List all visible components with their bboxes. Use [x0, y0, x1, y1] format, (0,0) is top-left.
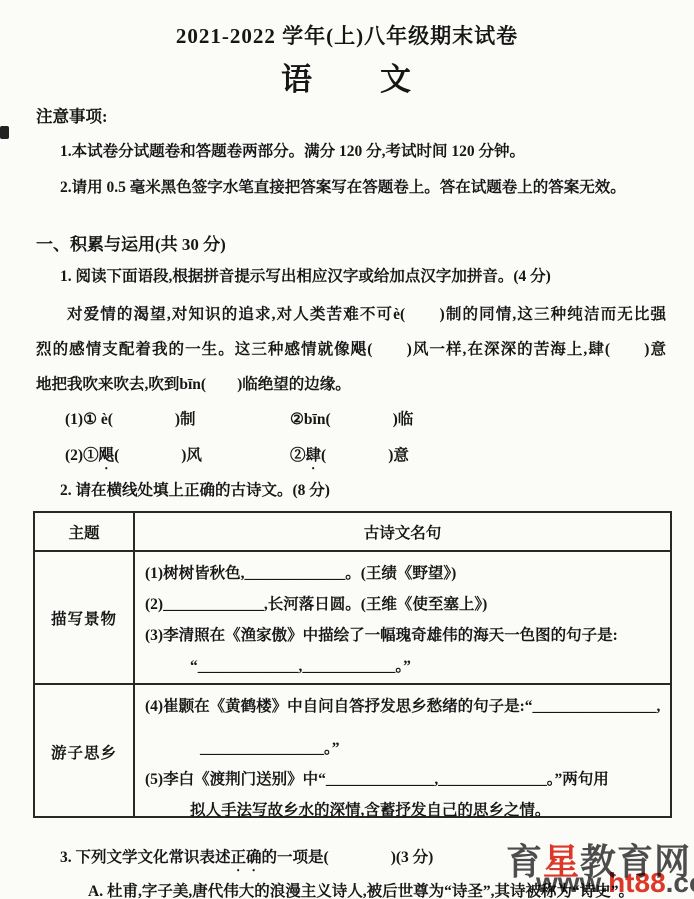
blank-1-left: (1)① è( )制 — [65, 411, 196, 428]
pinyin-blank-row-1: (1)① è( )制 ②bīn( )临 — [65, 407, 665, 429]
blank-1-right: ②bīn( )临 — [290, 407, 413, 429]
exam-title: 2021-2022 学年(上)八年级期末试卷 — [0, 20, 694, 50]
quote-line-4b: ________________。” — [145, 733, 670, 764]
subject-title: 语 文 — [0, 54, 694, 99]
quote-line-5b: 拟人手法写故乡水的深情,含蓄抒发自己的思乡之情。 — [145, 795, 670, 826]
watermark-url: www.ht88.com — [536, 867, 694, 899]
blank-2-left-prefix: (2)① — [65, 447, 99, 464]
question-1-passage: 对爱情的渴望,对知识的追求,对人类苦难不可è( )制的同情,这三种纯洁而无比强 … — [36, 297, 666, 402]
quote-line-2: (2)_____________,长河落日圆。(王维《使至塞上》) — [145, 589, 670, 620]
question-2-prompt: 2. 请在横线处填上正确的古诗文。(8 分) — [60, 478, 330, 500]
passage-line-1: 对爱情的渴望,对知识的追求,对人类苦难不可è( )制的同情,这三种纯洁而无比强 — [36, 297, 666, 332]
blank-2-right-dotted-char: 肆 — [306, 447, 322, 464]
watermark-url-prefix: www. — [536, 867, 608, 898]
quote-line-4: (4)崔颢在《黄鹤楼》中自问自答抒发思乡愁绪的句子是:“____________… — [145, 691, 670, 722]
notice-heading: 注意事项: — [36, 103, 108, 127]
quote-line-5: (5)李白《渡荆门送别》中“______________,___________… — [145, 764, 670, 795]
poetry-table: 主题 古诗文名句 描写景物 (1)树树皆秋色,_____________。(王绩… — [33, 511, 672, 818]
table-row-scenery: 描写景物 (1)树树皆秋色,_____________。(王绩《野望》) (2)… — [35, 552, 670, 685]
question-1-prompt: 1. 阅读下面语段,根据拼音提示写出相应汉字或给加点汉字加拼音。(4 分) — [60, 264, 551, 286]
question-3-prompt: 3. 下列文学文化常识表述正确的一项是( )(3 分) — [60, 845, 433, 875]
scan-artifact — [0, 126, 9, 139]
watermark-url-suffix: .com — [666, 867, 694, 898]
blank-2-left-dotted-char: 飓 — [99, 447, 115, 464]
table-row-homesick: 游子思乡 (4)崔颢在《黄鹤楼》中自问自答抒发思乡愁绪的句子是:“_______… — [35, 685, 670, 818]
blank-2-right-prefix: ② — [290, 447, 306, 464]
quote-line-1: (1)树树皆秋色,_____________。(王绩《野望》) — [145, 558, 670, 589]
pinyin-blank-row-2: (2)①飓( )风 ②肆( )意 — [65, 443, 665, 473]
quotes-cell-scenery: (1)树树皆秋色,_____________。(王绩《野望》) (2)_____… — [135, 552, 670, 683]
table-header-theme: 主题 — [35, 513, 135, 550]
theme-cell-scenery: 描写景物 — [35, 552, 135, 683]
blank-2-right-suffix: ( )意 — [321, 447, 409, 464]
blank-2-right: ②肆( )意 — [290, 443, 409, 473]
blank-2-left: (2)①飓( )风 — [65, 447, 202, 464]
question-3-dotted-word: 正确 — [231, 849, 262, 866]
watermark-url-red-part: ht88 — [608, 867, 666, 898]
quote-line-3: (3)李清照在《渔家傲》中描绘了一幅瑰奇雄伟的海天一色图的句子是: — [145, 620, 670, 651]
quotes-cell-homesick: (4)崔颢在《黄鹤楼》中自问自答抒发思乡愁绪的句子是:“____________… — [135, 685, 670, 818]
blank-2-left-suffix: ( )风 — [114, 447, 202, 464]
exam-paper-page: 2021-2022 学年(上)八年级期末试卷 语 文 注意事项: 1.本试卷分试… — [0, 0, 694, 899]
quote-line-3b: “_____________,____________。” — [145, 651, 670, 682]
theme-cell-homesick: 游子思乡 — [35, 685, 135, 818]
table-header-row: 主题 古诗文名句 — [35, 513, 670, 552]
question-3-prefix: 3. 下列文学文化常识表述 — [60, 849, 231, 866]
passage-line-2: 烈的感情支配着我的一生。这三种感情就像飓( )风一样,在深深的苦海上,肆( )意 — [36, 332, 666, 367]
question-3-suffix: 的一项是( )(3 分) — [262, 849, 434, 866]
section-1-heading: 一、积累与运用(共 30 分) — [36, 230, 226, 255]
table-header-quotes: 古诗文名句 — [135, 513, 670, 550]
passage-line-3: 地把我吹来吹去,吹到bīn( )临绝望的边缘。 — [36, 367, 666, 402]
notice-item-2: 2.请用 0.5 毫米黑色签字水笔直接把答案写在答题卷上。答在试题卷上的答案无效… — [60, 175, 626, 197]
notice-item-1: 1.本试卷分试题卷和答题卷两部分。满分 120 分,考试时间 120 分钟。 — [60, 139, 525, 161]
